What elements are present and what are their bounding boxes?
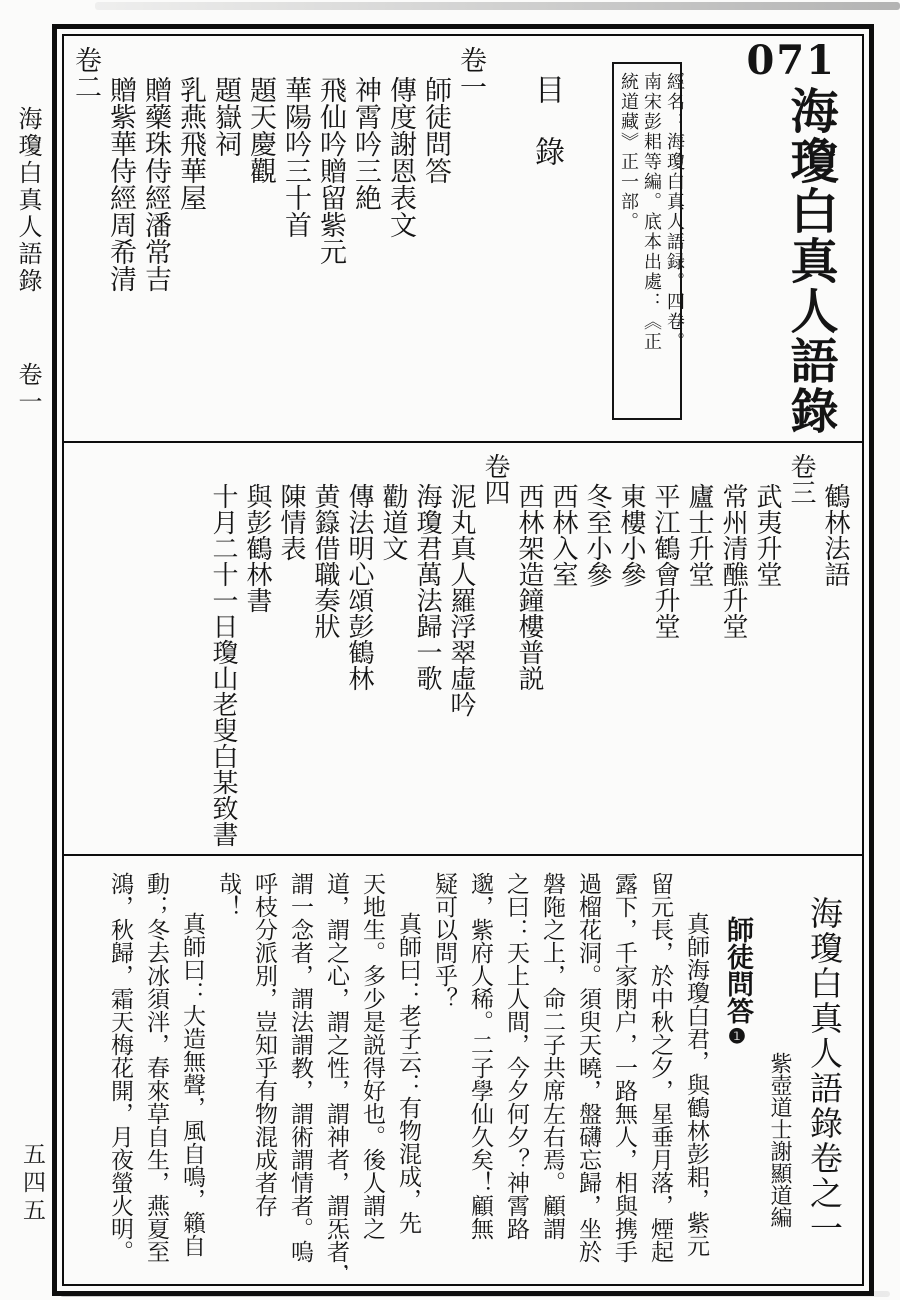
text-column: 哉！ bbox=[210, 856, 246, 1270]
text-column: 謂一念者，謂法謂教，謂術謂情者。嗚 bbox=[282, 856, 318, 1270]
toc-item: 平江鶴會升堂 bbox=[648, 453, 682, 851]
toc-item: 西林架造鐘樓普説 bbox=[512, 453, 546, 851]
main-text-flow: 海瓊白真人語錄卷之一 紫壺道士謝顯道編 師徒問答❶ 真師海瓊白君，與鶴林彭耜，紫… bbox=[64, 856, 862, 1270]
toc-volume-label: 卷三 bbox=[784, 453, 818, 851]
text-column: 之曰：天上人間，今夕何夕？神霄路 bbox=[498, 856, 534, 1270]
note-line: 統道藏》正一部。 bbox=[617, 72, 640, 410]
text-column: 真師曰：大造無聲，風自鳴，籟自 bbox=[174, 856, 210, 1270]
band-main-text: 海瓊白真人語錄卷之一 紫壺道士謝顯道編 師徒問答❶ 真師海瓊白君，與鶴林彭耜，紫… bbox=[64, 856, 862, 1270]
toc-item: 東樓小參 bbox=[614, 453, 648, 851]
toc-item: 常州清醮升堂 bbox=[716, 453, 750, 851]
toc-item: 神霄吟三絶 bbox=[348, 46, 383, 438]
text-column: 磐陁之上，命二子共席左右焉。顧謂 bbox=[534, 856, 570, 1270]
toc-item: 傳法明心頌彭鶴林 bbox=[342, 453, 376, 851]
footnote-marker-icon: ❶ bbox=[725, 1024, 749, 1048]
chapter-title: 海瓊白真人語錄卷之一 bbox=[798, 856, 850, 1270]
toc-item: 泥丸真人羅浮翠虛吟 bbox=[444, 453, 478, 851]
doc-title: 海瓊白真人語錄 bbox=[778, 86, 842, 436]
text-column: 露下，千家閉户，一路無人，相與携手 bbox=[606, 856, 642, 1270]
toc-item: 西林入室 bbox=[546, 453, 580, 851]
doc-number: 071 bbox=[747, 40, 837, 82]
toc-volume-label: 卷四 bbox=[478, 453, 512, 851]
text-column: 天地生。多少是説得好也。後人謂之 bbox=[354, 856, 390, 1270]
toc-volume-label: 卷一 bbox=[453, 46, 488, 438]
note-line: 南宋彭耜等編。底本出處：《正 bbox=[640, 72, 663, 410]
toc-item: 陳情表 bbox=[274, 453, 308, 851]
text-column: 鴻，秋歸，霜天梅花開，月夜螢火明。 bbox=[102, 856, 138, 1270]
toc-item: 廬士升堂 bbox=[682, 453, 716, 851]
toc-item: 乳燕飛華屋 bbox=[173, 46, 208, 438]
toc-volume1-block: 卷一 師徒問答 傳度謝恩表文 神霄吟三絶 飛仙吟贈留紫元 華陽吟三十首 題天慶觀… bbox=[68, 46, 488, 438]
scan-artifact-top bbox=[95, 2, 900, 10]
text-column: 留元長，於中秋之夕，星垂月落，煙起 bbox=[642, 856, 678, 1270]
toc-item: 武夷升堂 bbox=[750, 453, 784, 851]
toc-item: 師徒問答 bbox=[418, 46, 453, 438]
toc-item: 華陽吟三十首 bbox=[278, 46, 313, 438]
toc-item: 鶴林法語 bbox=[818, 453, 852, 851]
note-line: 經名：海瓊白真人語録。四卷。 bbox=[663, 72, 686, 410]
toc-item: 冬至小參 bbox=[580, 453, 614, 851]
toc-item: 飛仙吟贈留紫元 bbox=[313, 46, 348, 438]
toc-heading: 目錄 bbox=[528, 74, 564, 198]
bibliographic-note-box: 經名：海瓊白真人語録。四卷。 南宋彭耜等編。底本出處：《正 統道藏》正一部。 bbox=[612, 62, 682, 420]
margin-running-title: 海瓊白真人語錄 卷一 bbox=[13, 106, 43, 416]
band-toc-continued: 鶴林法語 卷三 武夷升堂 常州清醮升堂 廬士升堂 平江鶴會升堂 東樓小參 冬至小… bbox=[64, 443, 862, 854]
toc-item: 十月二十一日瓊山老叟白某致書 bbox=[206, 453, 240, 851]
text-column: 邈，紫府人稀。二子學仙久矣！顧無 bbox=[462, 856, 498, 1270]
band-title-toc: 071 海瓊白真人語錄 經名：海瓊白真人語録。四卷。 南宋彭耜等編。底本出處：《… bbox=[64, 36, 862, 441]
text-column: 道，謂之心，謂之性，謂神者，謂炁者， bbox=[318, 856, 354, 1270]
section-title-text: 師徒問答 bbox=[722, 916, 753, 1024]
text-column: 真師海瓊白君，與鶴林彭耜，紫元 bbox=[678, 856, 714, 1270]
text-column: 真師曰：老子云：有物混成，先 bbox=[390, 856, 426, 1270]
text-column: 動；冬去冰須泮，春來草自生，燕夏至 bbox=[138, 856, 174, 1270]
toc-item: 勸道文 bbox=[376, 453, 410, 851]
toc-volume34-block: 鶴林法語 卷三 武夷升堂 常州清醮升堂 廬士升堂 平江鶴會升堂 東樓小參 冬至小… bbox=[206, 453, 852, 851]
margin-chapter-text: 卷一 bbox=[13, 362, 43, 416]
text-column: 過榴花洞。須臾天曉，盤礴忘歸，坐於 bbox=[570, 856, 606, 1270]
page-frame: 071 海瓊白真人語錄 經名：海瓊白真人語録。四卷。 南宋彭耜等編。底本出處：《… bbox=[52, 24, 874, 1296]
toc-item: 與彭鶴林書 bbox=[240, 453, 274, 851]
folio-number: 五四五 bbox=[17, 1142, 47, 1226]
editor-credit: 紫壺道士謝顯道編 bbox=[760, 856, 798, 1270]
toc-item: 題嶽祠 bbox=[208, 46, 243, 438]
margin-title-text: 海瓊白真人語錄 bbox=[14, 106, 42, 295]
page-inner-frame: 071 海瓊白真人語錄 經名：海瓊白真人語録。四卷。 南宋彭耜等編。底本出處：《… bbox=[62, 34, 864, 1286]
toc-item: 贈藥珠侍經潘常吉 bbox=[138, 46, 173, 438]
toc-item: 黄籙借職奏狀 bbox=[308, 453, 342, 851]
text-column: 呼枝分派別，豈知乎有物混成者存 bbox=[246, 856, 282, 1270]
toc-item: 傳度謝恩表文 bbox=[383, 46, 418, 438]
toc-item: 題天慶觀 bbox=[243, 46, 278, 438]
toc-volume-label: 卷二 bbox=[68, 46, 103, 438]
section-title: 師徒問答❶ bbox=[714, 856, 760, 1270]
toc-item: 海瓊君萬法歸一歌 bbox=[410, 453, 444, 851]
text-column: 疑可以問乎？ bbox=[426, 856, 462, 1270]
toc-item: 贈紫華侍經周希清 bbox=[103, 46, 138, 438]
note-box-text: 經名：海瓊白真人語録。四卷。 南宋彭耜等編。底本出處：《正 統道藏》正一部。 bbox=[617, 72, 686, 410]
